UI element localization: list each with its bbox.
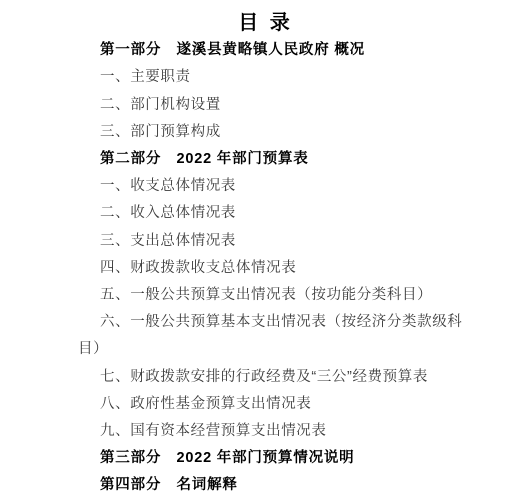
document-page: 目 录 第一部分 遂溪县黄略镇人民政府 概况 一、主要职责 二、部门机构设置 三…: [0, 0, 515, 504]
toc-title: 目 录: [46, 10, 485, 37]
toc-part2-heading: 第二部分 2022 年部门预算表: [78, 146, 485, 173]
toc-part2-item-9: 九、国有资本经营预算支出情况表: [78, 418, 485, 445]
toc-part1-item-1: 一、主要职责: [78, 64, 485, 91]
toc-part2-item-7: 七、财政拨款安排的行政经费及“三公”经费预算表: [78, 364, 485, 391]
toc-part2-item-6: 六、一般公共预算基本支出情况表（按经济分类款级科 目）: [78, 309, 485, 363]
toc-part3-heading: 第三部分 2022 年部门预算情况说明: [78, 445, 485, 472]
toc-part2-item-5: 五、一般公共预算支出情况表（按功能分类科目）: [78, 282, 485, 309]
toc-part2-item-3: 三、支出总体情况表: [78, 228, 485, 255]
toc-part1-item-3: 三、部门预算构成: [78, 119, 485, 146]
toc-part2-item-2: 二、收入总体情况表: [78, 200, 485, 227]
toc-part2-item-1: 一、收支总体情况表: [78, 173, 485, 200]
toc-part2-item-8: 八、政府性基金预算支出情况表: [78, 391, 485, 418]
toc-part2-item-4: 四、财政拨款收支总体情况表: [78, 255, 485, 282]
toc-part4-heading: 第四部分 名词解释: [78, 472, 485, 499]
toc-part1-heading: 第一部分 遂溪县黄略镇人民政府 概况: [78, 37, 485, 64]
toc-part1-item-2: 二、部门机构设置: [78, 92, 485, 119]
